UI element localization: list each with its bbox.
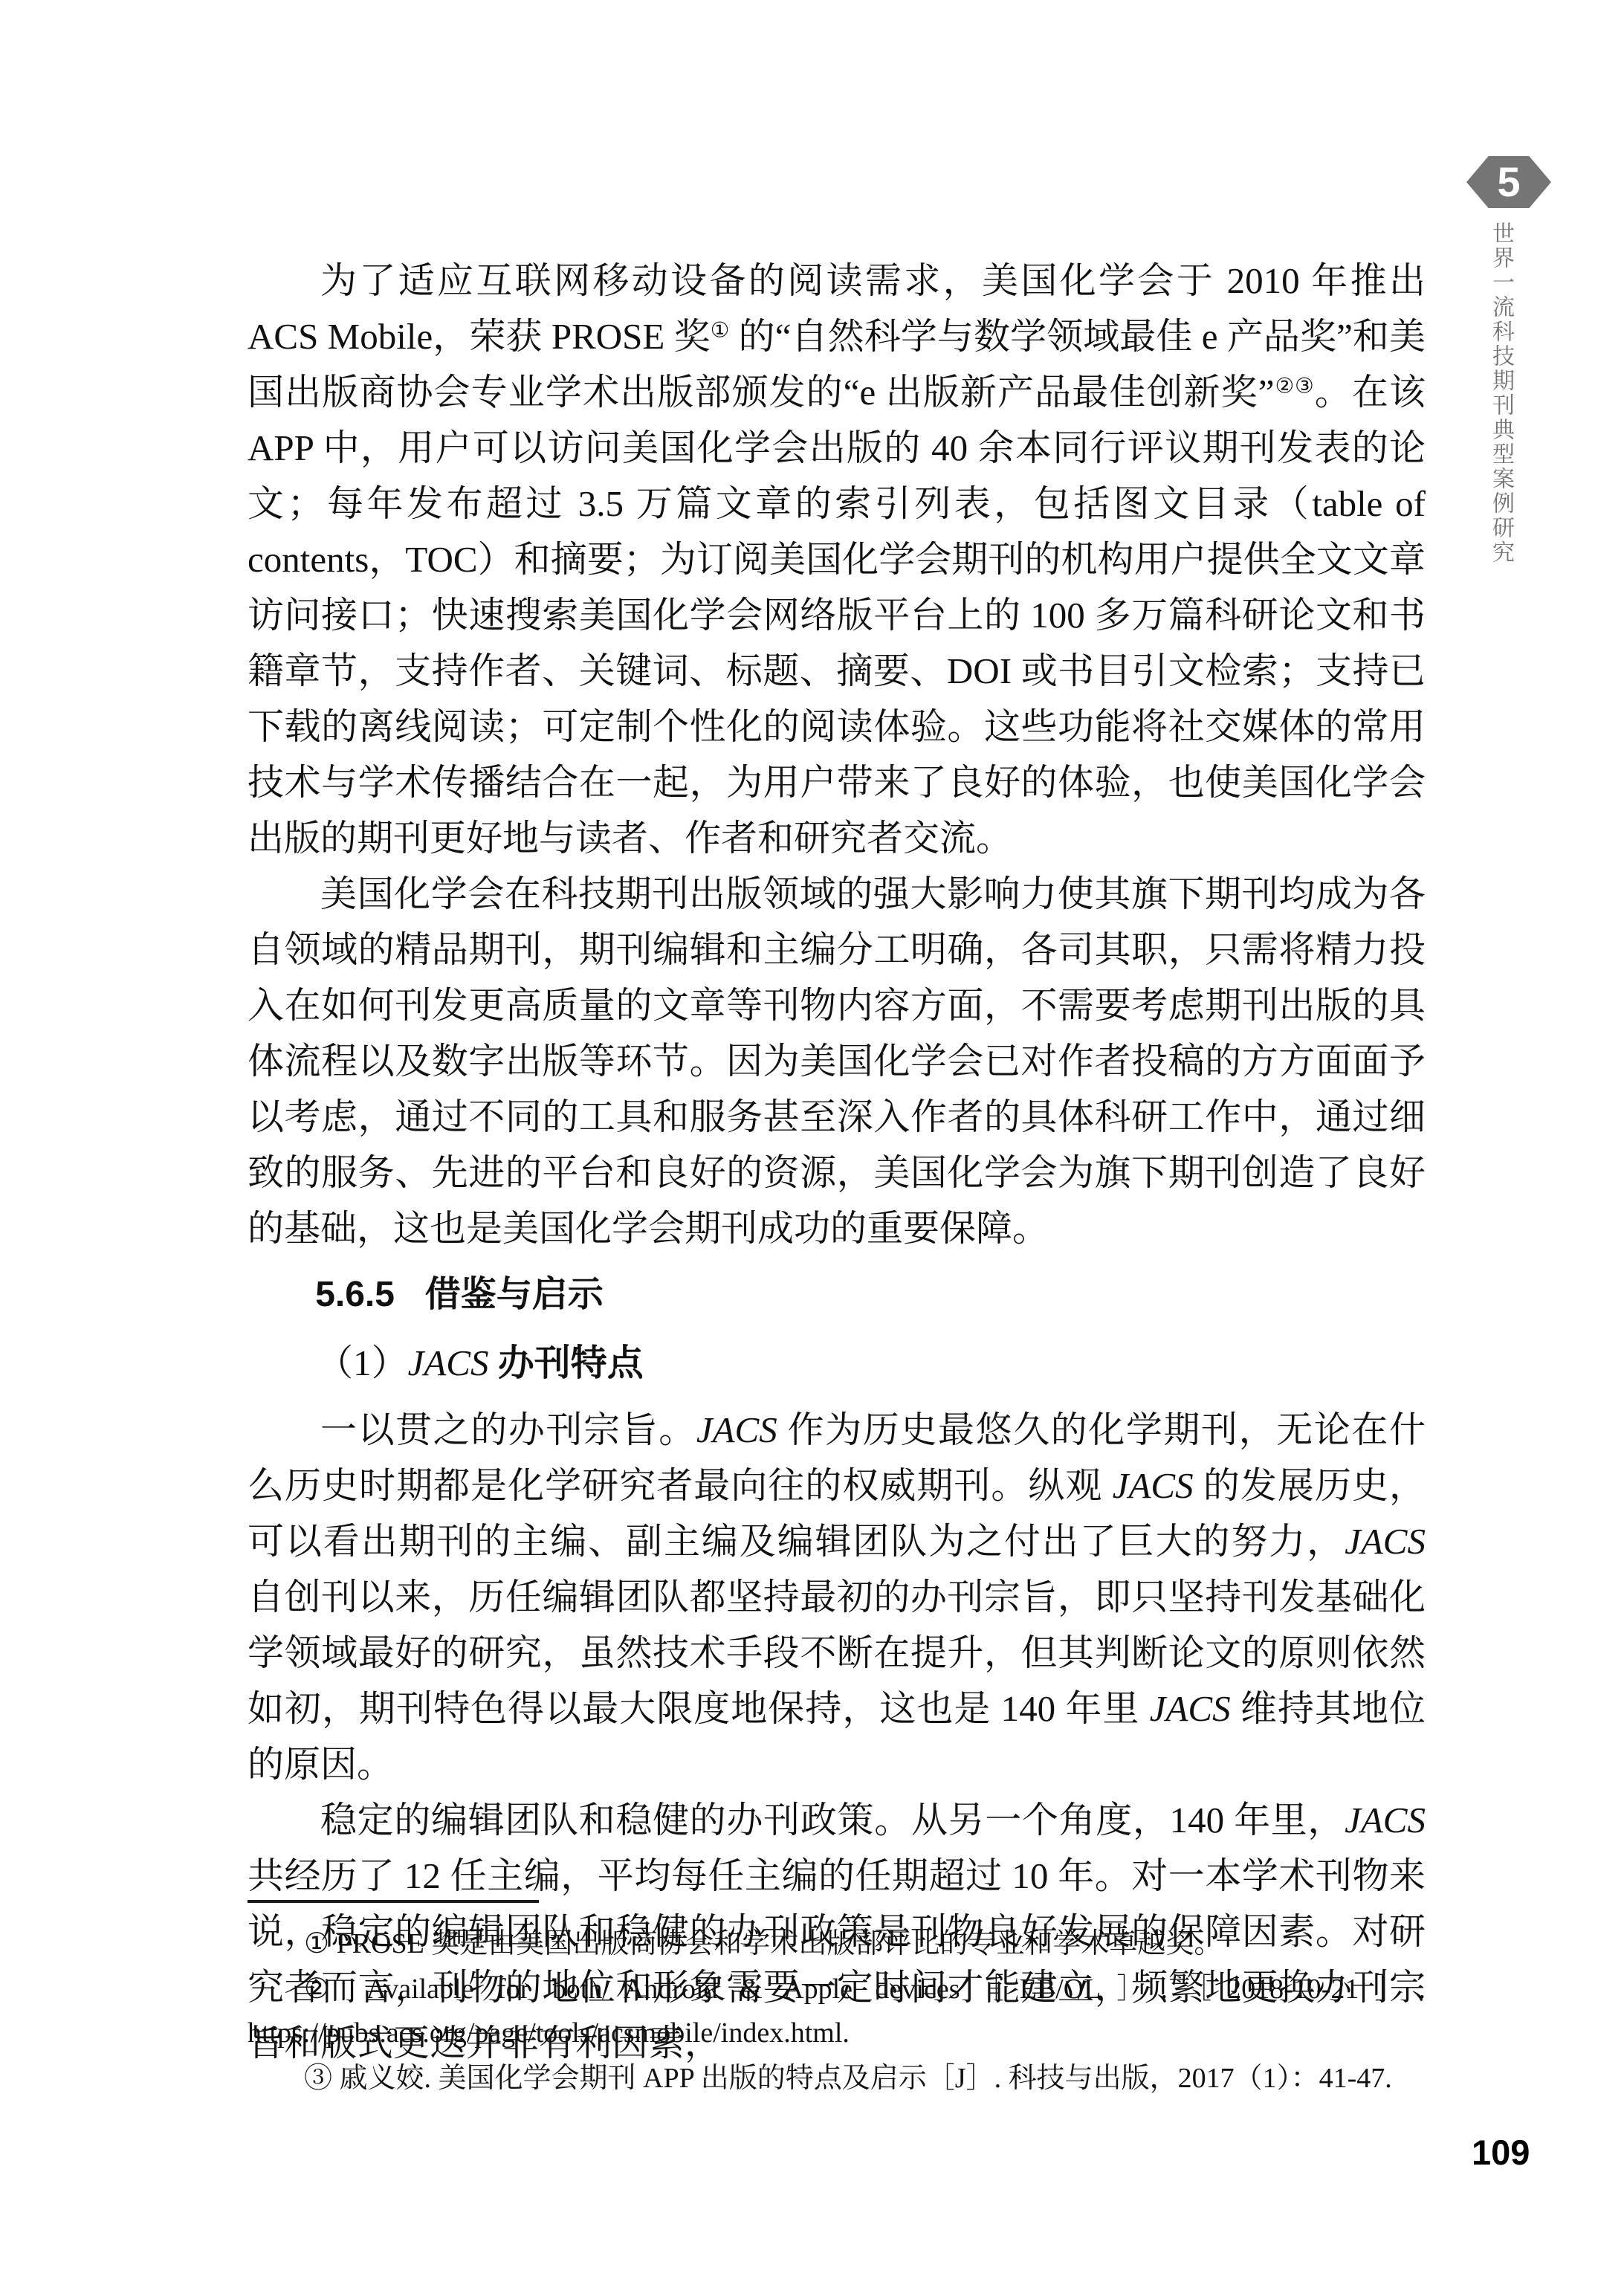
footnote-2: ② Available for both Android & Apple dev…	[248, 1968, 1426, 2055]
section-heading: 5.6.5借鉴与启示	[248, 1276, 1426, 1314]
paragraph-jacs-tenet: 一以贯之的办刊宗旨。JACS 作为历史最悠久的化学期刊，无论在什么历史时期都是化…	[248, 1402, 1426, 1792]
footnotes-block: ① PROSE 奖是由美国出版商协会和学术出版部评比的专业和学术卓越奖。 ② A…	[248, 1900, 1426, 2101]
section-number: 5.6.5	[315, 1275, 395, 1314]
footnote-3: ③ 戚义姣. 美国化学会期刊 APP 出版的特点及启示［J］. 科技与出版，20…	[248, 2057, 1426, 2101]
page-number: 109	[1472, 2132, 1530, 2173]
chapter-vertical-title: 世界一流科技期刊典型案例研究	[1484, 222, 1517, 565]
chapter-number: 5	[1497, 161, 1520, 203]
book-page: 为了适应互联网移动设备的阅读需求，美国化学会于 2010 年推出 ACS Mob…	[0, 0, 1624, 2282]
subsection-heading: （1）JACS 办刊特点	[248, 1342, 1426, 1384]
paragraph-acs-mobile: 为了适应互联网移动设备的阅读需求，美国化学会于 2010 年推出 ACS Mob…	[248, 253, 1426, 866]
section-title: 借鉴与启示	[425, 1275, 604, 1314]
main-text-column: 为了适应互联网移动设备的阅读需求，美国化学会于 2010 年推出 ACS Mob…	[248, 253, 1426, 2071]
footnote-separator	[248, 1900, 539, 1903]
paragraph-acs-influence: 美国化学会在科技期刊出版领域的强大影响力使其旗下期刊均成为各自领域的精品期刊，期…	[248, 866, 1426, 1256]
chapter-hexagon-badge: 5	[1466, 156, 1551, 208]
footnote-1: ① PROSE 奖是由美国出版商协会和学术出版部评比的专业和学术卓越奖。	[248, 1922, 1426, 1966]
